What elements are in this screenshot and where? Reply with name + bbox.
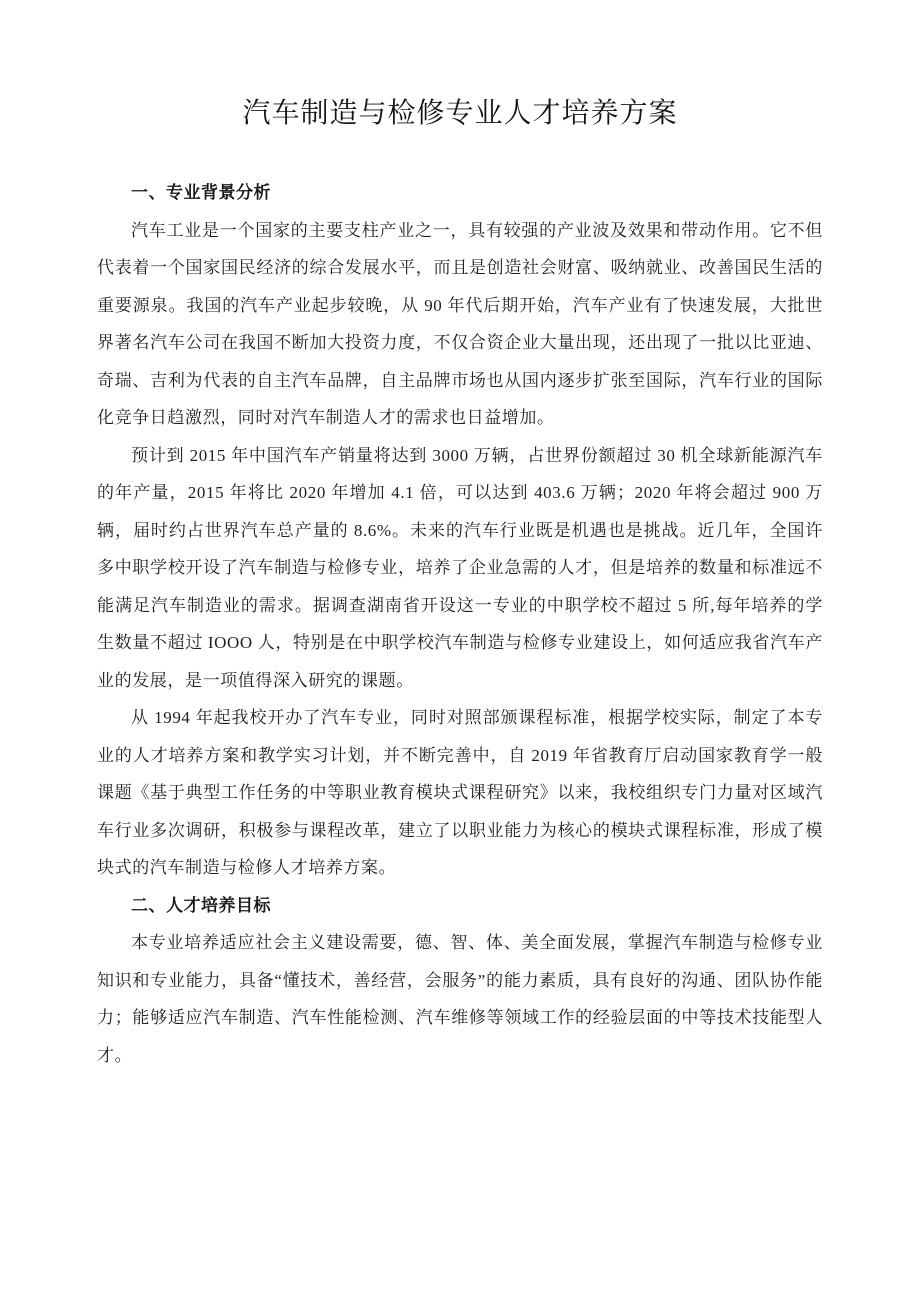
document-title: 汽车制造与检修专业人才培养方案	[0, 92, 920, 136]
document-body: 一、专业背景分析 汽车工业是一个国家的主要支柱产业之一，具有较强的产业波及效果和…	[97, 174, 823, 1074]
section-heading-background-analysis: 一、专业背景分析	[97, 174, 823, 212]
section-heading-training-goal: 二、人才培养目标	[97, 887, 823, 925]
paragraph-market-forecast: 预计到 2015 年中国汽车产销量将达到 3000 万辆，占世界份额超过 30 …	[97, 437, 823, 700]
paragraph-school-history: 从 1994 年起我校开办了汽车专业，同时对照部颁课程标准，根据学校实际，制定了…	[97, 699, 823, 887]
document-page: 汽车制造与检修专业人才培养方案 一、专业背景分析 汽车工业是一个国家的主要支柱产…	[0, 0, 920, 1301]
paragraph-training-goal: 本专业培养适应社会主义建设需要，德、智、体、美全面发展，掌握汽车制造与检修专业知…	[97, 924, 823, 1074]
paragraph-industry-overview: 汽车工业是一个国家的主要支柱产业之一，具有较强的产业波及效果和带动作用。它不但代…	[97, 212, 823, 437]
